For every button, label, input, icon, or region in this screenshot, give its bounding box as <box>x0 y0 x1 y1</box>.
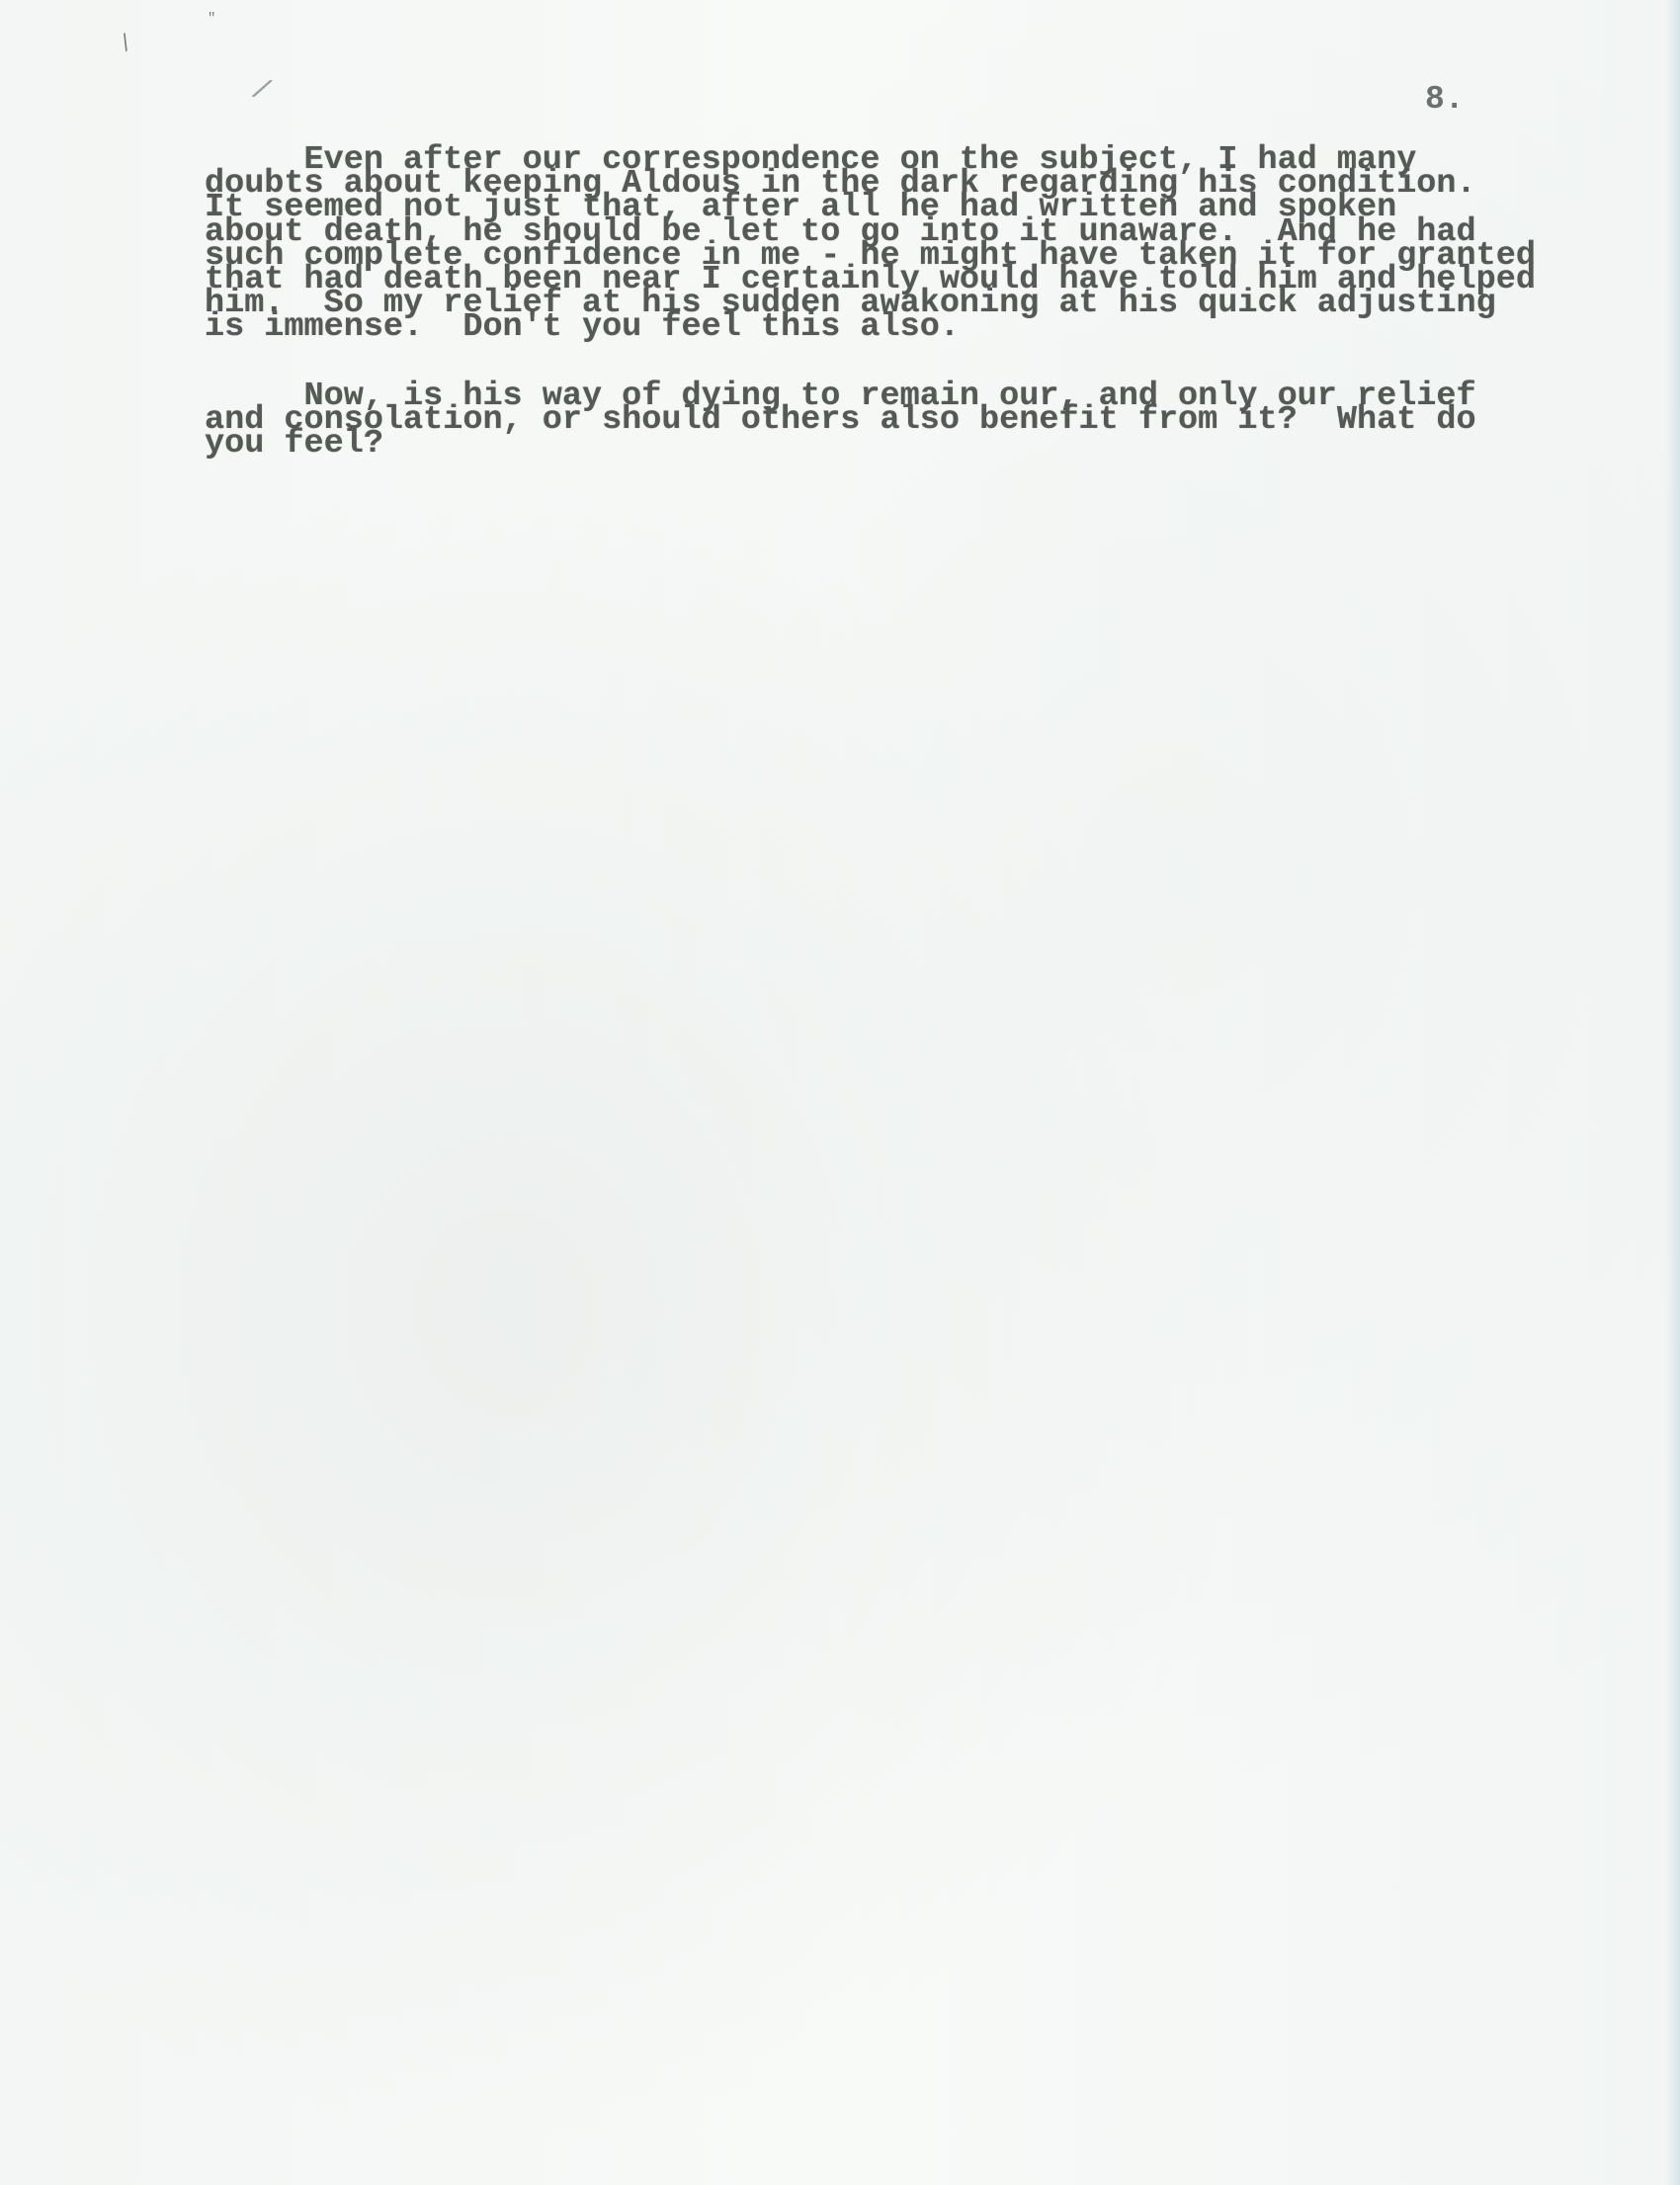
stray-ink-speck: " <box>208 12 215 26</box>
paragraph-1: Even after our correspondence on the sub… <box>205 148 1588 340</box>
text-line: and consolation, or should others also b… <box>205 408 1588 432</box>
stray-pen-mark: / <box>116 32 138 57</box>
paragraph-2: Now, is his way of dying to remain our, … <box>205 384 1588 457</box>
stray-pen-mark: / <box>247 75 274 109</box>
letter-body: Even after our correspondence on the sub… <box>205 148 1588 500</box>
page-number: 8. <box>1425 81 1465 118</box>
page-edge <box>1666 0 1680 2185</box>
